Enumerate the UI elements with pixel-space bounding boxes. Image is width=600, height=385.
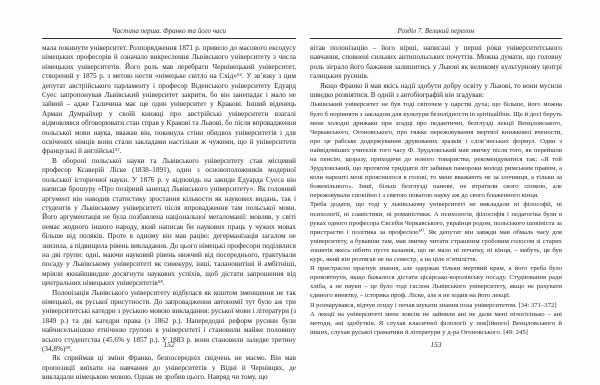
left-page: Частина перша. Франко та його часи мала …: [42, 0, 296, 385]
block-quote: Я пристрасно прагнув знання, але одержав…: [310, 264, 562, 300]
left-page-number: 152: [42, 340, 296, 349]
right-running-header: Розділ 7. Великий перелом: [310, 27, 562, 36]
left-header-rule: [42, 38, 296, 39]
block-quote: Львівський університет не був тоді світо…: [310, 100, 562, 200]
body-paragraph: мала покинути університет. Розпорядження…: [42, 44, 296, 157]
body-paragraph: Якщо Франко й мав якісь надії здобути до…: [310, 82, 562, 101]
left-running-header: Частина перша. Франко та його часи: [42, 27, 296, 36]
block-quote: Треба додати, що тоді у львівському унів…: [310, 200, 562, 264]
book-spread: Частина перша. Франко та його часи мала …: [0, 0, 600, 385]
right-page-body: вітав полонізацію – його вірші, написані…: [310, 44, 562, 337]
left-page-body: мала покинути університет. Розпорядження…: [42, 44, 296, 383]
body-paragraph: В обороні польської науки та Львівського…: [42, 157, 296, 289]
right-header-rule: [310, 38, 562, 39]
block-quote: Я розчарувався, відчув огиду і почав шук…: [310, 301, 562, 310]
body-paragraph: Як сприймав ці зміни Франко, безпосередн…: [42, 354, 296, 382]
block-quote: А лекції на університеті мене зовсім не …: [310, 310, 562, 337]
right-page: Розділ 7. Великий перелом вітав полоніза…: [310, 0, 562, 385]
body-paragraph: вітав полонізацію – його вірші, написані…: [310, 44, 562, 82]
right-page-number: 153: [310, 340, 562, 349]
